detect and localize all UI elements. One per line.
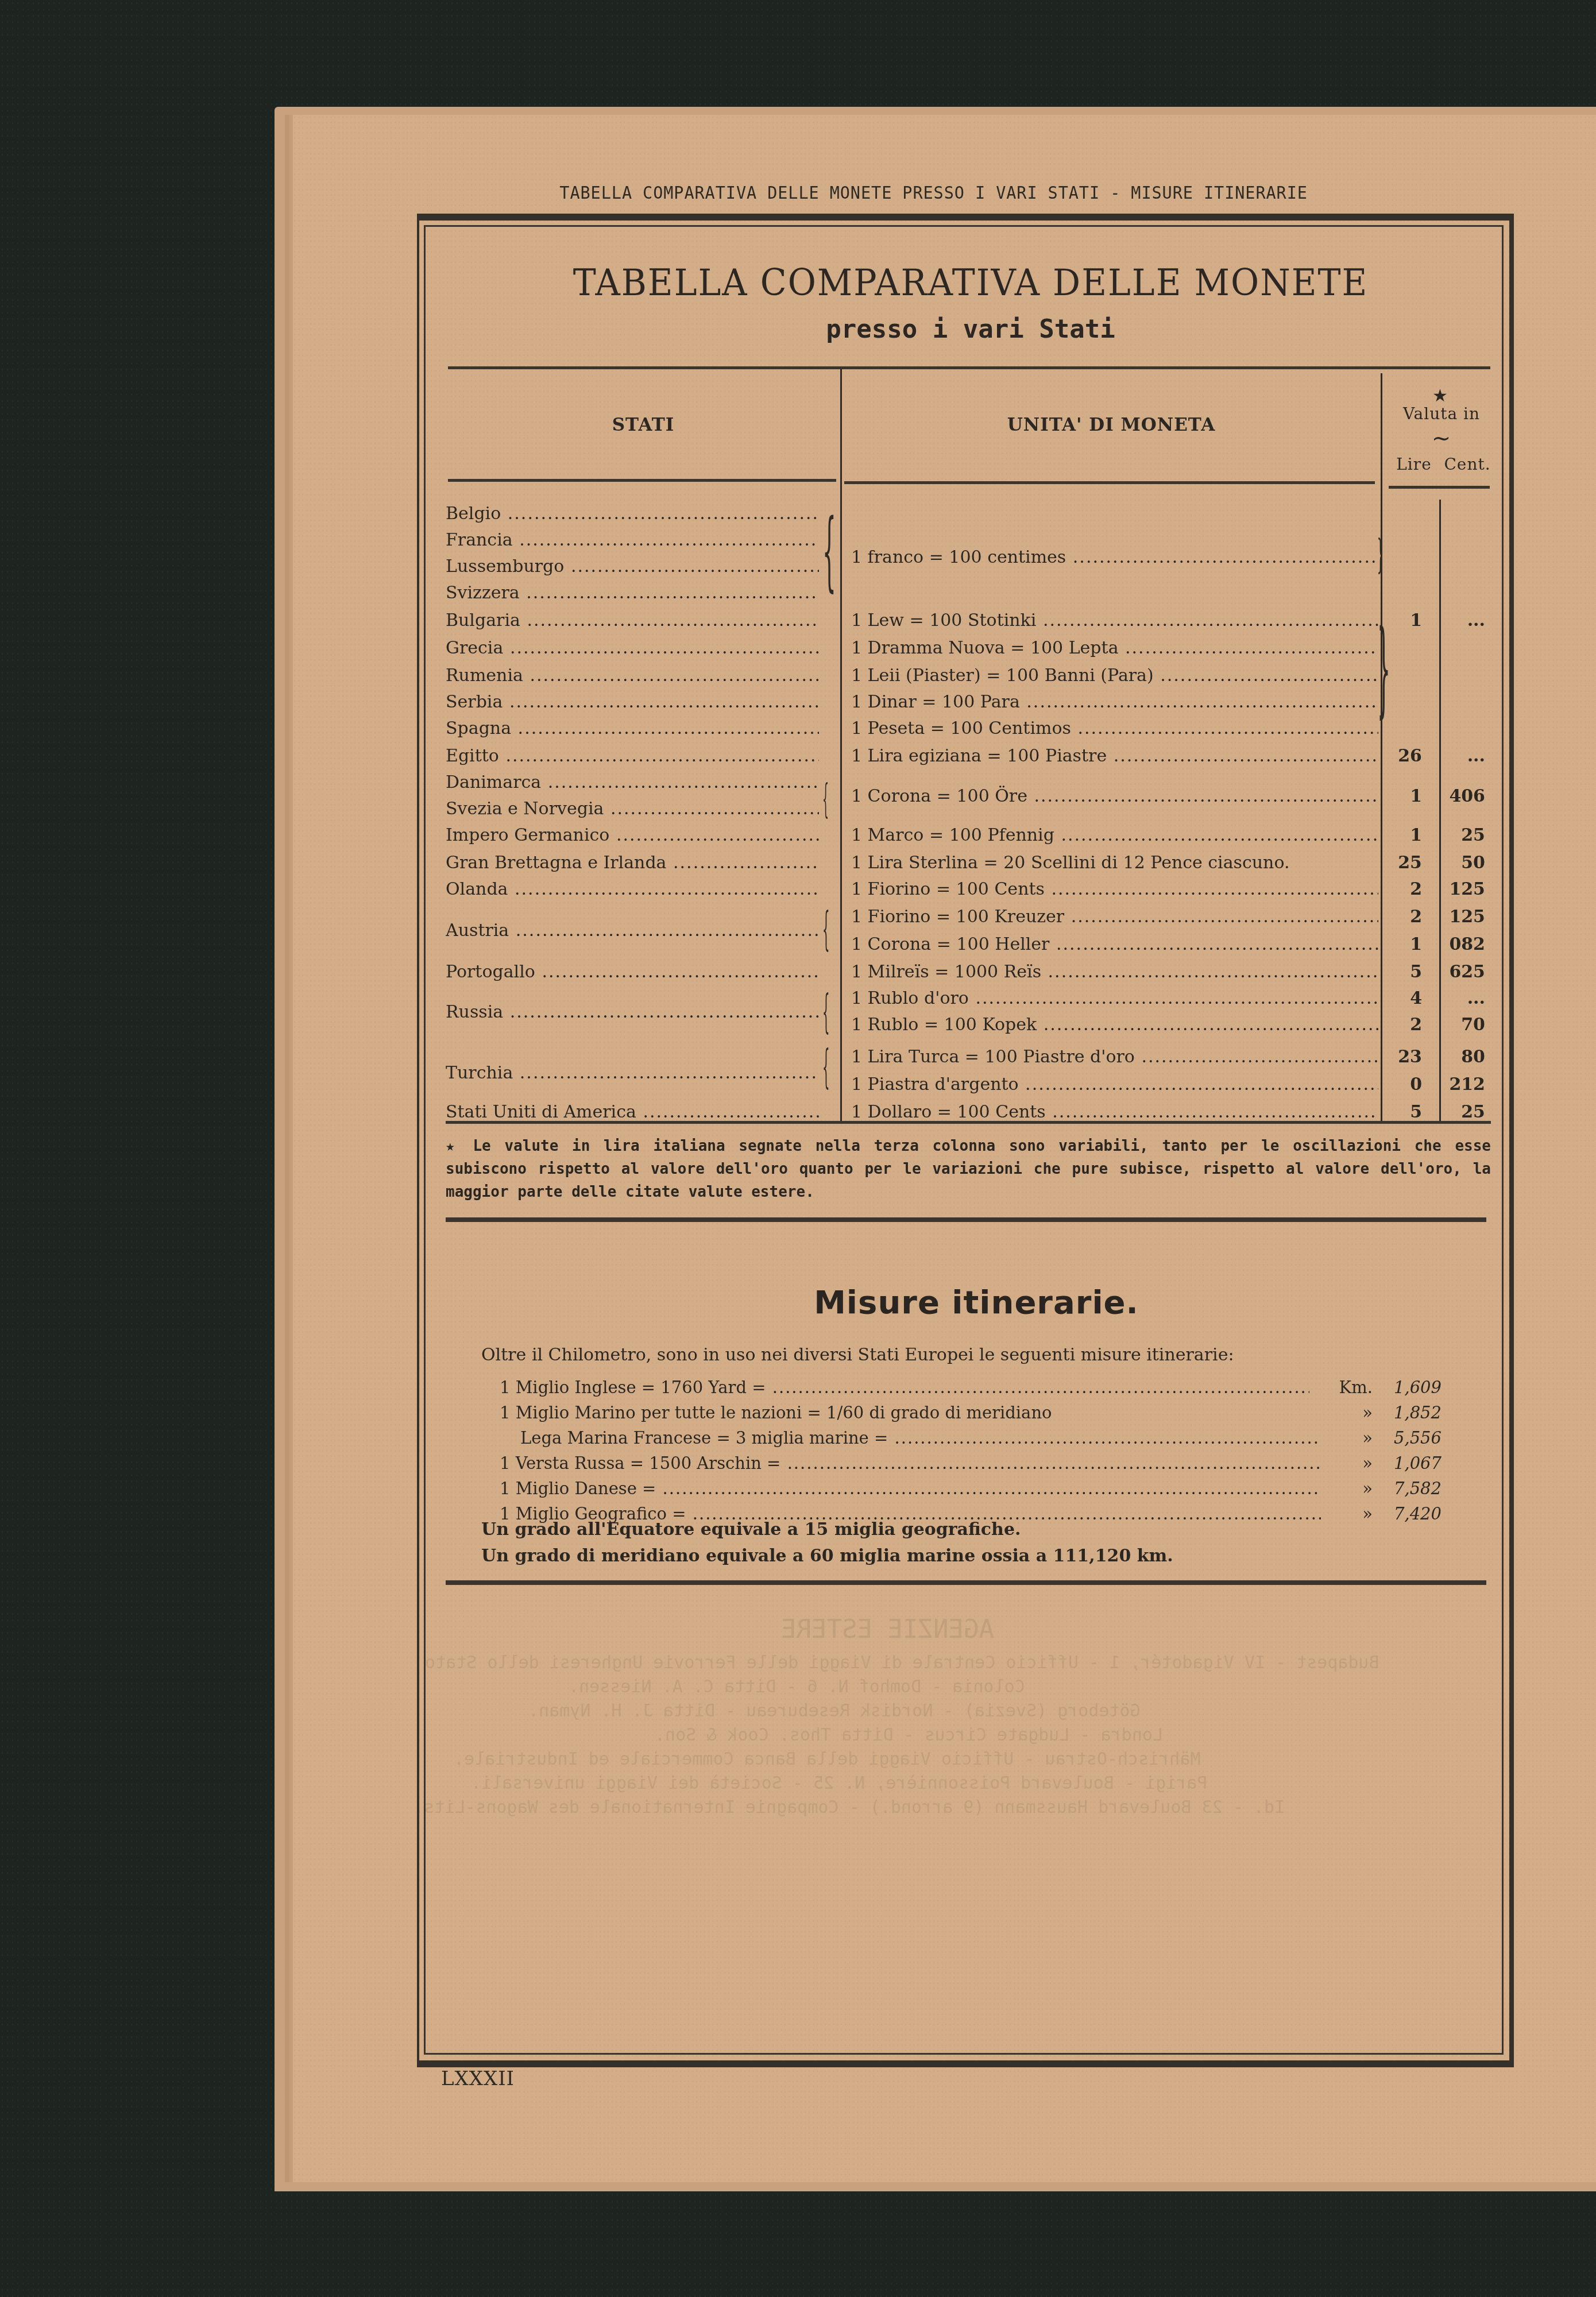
value-lire: 1 <box>1384 783 1422 810</box>
value-lire: 23 <box>1384 1044 1422 1070</box>
tilde-ornament-icon: ~ <box>1384 425 1499 451</box>
country-row: Spagna <box>446 716 819 742</box>
value-lire: 5 <box>1384 959 1422 985</box>
country-row: Turchia <box>446 1060 819 1086</box>
brace-icon: } <box>1377 620 1390 718</box>
unit-row: 1 Lira Turca = 100 Piastre d'oro <box>851 1044 1378 1070</box>
country-row: Austria <box>446 918 819 944</box>
unit-row: 1 Fiorino = 100 Kreuzer <box>851 904 1378 930</box>
country-row: Serbia <box>446 689 819 716</box>
value-cent: ... <box>1439 743 1485 769</box>
value-lire: 1 <box>1384 608 1422 634</box>
value-cent: 50 <box>1439 850 1485 876</box>
country-row: Svezia e Norvegia <box>446 796 819 822</box>
unit-row: 1 Peseta = 100 Centimos <box>851 716 1378 742</box>
misure-value: 1,609 <box>1378 1375 1442 1400</box>
section-divider-rule <box>446 1217 1486 1222</box>
misure-row: Lega Marina Francese = 3 miglia marine =… <box>520 1425 1453 1451</box>
misure-unit: Km. <box>1327 1375 1373 1400</box>
header-cent: Cent. <box>1442 455 1493 474</box>
value-cent: ... <box>1439 608 1485 634</box>
bleed-through-text: Parigi - Boulevard Poissonnière, N. 25 -… <box>471 1773 1207 1793</box>
misure-note: Un grado all'Equatore equivale a 15 migl… <box>481 1519 1021 1540</box>
brace-icon: } <box>1377 534 1384 574</box>
header-unit: UNITA' DI MONETA <box>844 415 1378 435</box>
unit-row: 1 Rublo d'oro <box>851 985 1378 1012</box>
value-cent: 25 <box>1439 822 1485 849</box>
country-row: Lussemburgo <box>446 554 819 580</box>
value-lire: 2 <box>1384 876 1422 903</box>
bleed-through-text: Göteborg (Svezia) - Nordisk Resebureau -… <box>528 1701 1141 1721</box>
misure-unit: » <box>1327 1501 1373 1526</box>
star-icon: ★ <box>1432 386 1448 406</box>
country-row: Portogallo <box>446 959 819 985</box>
brace-icon: { <box>822 511 836 591</box>
page-number: LXXXII <box>441 2067 515 2090</box>
column-divider-unit <box>1381 373 1382 1121</box>
misure-value: 5,556 <box>1378 1425 1442 1451</box>
unit-row: 1 Lew = 100 Stotinki <box>851 608 1378 634</box>
brace-icon: { <box>822 779 829 819</box>
misure-title: Misure itinerarie. <box>574 1284 1378 1321</box>
unit-row: 1 Piastra d'argento <box>851 1072 1378 1098</box>
bleed-through-text: Londra - Ludgate Circus - Ditta Thos. Co… <box>655 1725 1163 1745</box>
unit-row: 1 Lira egiziana = 100 Piastre <box>851 743 1378 769</box>
misure-value: 7,420 <box>1378 1501 1442 1526</box>
value-cent: 212 <box>1439 1072 1485 1098</box>
unit-row: 1 Fiorino = 100 Cents <box>851 876 1378 903</box>
running-head: TABELLA COMPARATIVA DELLE MONETE PRESSO … <box>495 183 1372 203</box>
unit-row: 1 Marco = 100 Pfennig <box>851 822 1378 849</box>
section-bottom-rule <box>446 1580 1486 1585</box>
unit-row: 1 Corona = 100 Öre <box>851 783 1378 810</box>
country-row: Stati Uniti di America <box>446 1099 819 1126</box>
header-lire: Lire <box>1390 455 1438 474</box>
column-divider-states <box>840 369 842 1121</box>
unit-row: 1 Leii (Piaster) = 100 Banni (Para) <box>851 663 1378 689</box>
unit-row: 1 Dinar = 100 Para <box>851 689 1378 716</box>
value-lire: 1 <box>1384 931 1422 958</box>
value-cent: ... <box>1439 985 1485 1012</box>
misure-value: 7,582 <box>1378 1476 1442 1501</box>
misure-value: 1,067 <box>1378 1451 1442 1476</box>
misure-row: 1 Miglio Inglese = 1760 Yard = Km. 1,609 <box>500 1375 1453 1400</box>
misure-label: 1 Miglio Inglese = 1760 Yard = <box>500 1375 1309 1400</box>
unit-row: 1 Corona = 100 Heller <box>851 931 1378 958</box>
misure-value: 1,852 <box>1378 1400 1442 1425</box>
misure-label: 1 Miglio Marino per tutte le nazioni = 1… <box>500 1400 1321 1425</box>
country-row: Rumenia <box>446 663 819 689</box>
bleed-through-text: AGENZIE ESTERE <box>781 1615 994 1644</box>
table-footnote: ★ Le valute in lira italiana segnate nel… <box>446 1135 1491 1204</box>
bleed-through-text: Budapest - IV Vigadotér, 1 - Ufficio Cen… <box>425 1653 1379 1673</box>
misure-row: 1 Miglio Marino per tutte le nazioni = 1… <box>500 1400 1453 1425</box>
misure-unit: » <box>1327 1476 1373 1501</box>
unit-row: 1 Lira Sterlina = 20 Scellini di 12 Penc… <box>851 850 1378 876</box>
bleed-through-text: Mährisch-Ostrau - Ufficio Viaggi della B… <box>454 1749 1200 1769</box>
country-row: Francia <box>446 527 819 554</box>
country-row: Bulgaria <box>446 608 819 634</box>
unit-row: 1 Milreïs = 1000 Reïs <box>851 959 1378 985</box>
header-top-rule <box>448 366 1490 369</box>
value-lire: 0 <box>1384 1072 1422 1098</box>
brace-icon: { <box>822 906 830 952</box>
misure-unit: » <box>1327 1451 1373 1476</box>
country-row: Gran Brettagna e Irlanda <box>446 850 819 876</box>
misure-label: 1 Miglio Danese = <box>500 1476 1321 1501</box>
misure-label: 1 Versta Russa = 1500 Arschin = <box>500 1451 1321 1476</box>
value-lire: 2 <box>1384 1012 1422 1038</box>
brace-icon: { <box>822 989 830 1035</box>
value-cent: 406 <box>1439 783 1485 810</box>
header-bottom-rule-value <box>1389 486 1490 489</box>
header-states: STATI <box>448 415 838 435</box>
country-row: Russia <box>446 999 819 1026</box>
value-cent: 082 <box>1439 931 1485 958</box>
value-cent: 125 <box>1439 876 1485 903</box>
country-row: Olanda <box>446 876 819 903</box>
value-lire: 4 <box>1384 985 1422 1012</box>
unit-row: 1 franco = 100 centimes <box>851 544 1378 571</box>
unit-row: 1 Dollaro = 100 Cents <box>851 1099 1378 1126</box>
bleed-through-text: Id. - 23 Boulevard Haussmann (9 arrond.)… <box>414 1797 1285 1818</box>
misure-intro: Oltre il Chilometro, sono in uso nei div… <box>481 1345 1458 1365</box>
misure-unit: » <box>1327 1425 1373 1451</box>
country-row: Danimarca <box>446 769 819 796</box>
value-lire: 2 <box>1384 904 1422 930</box>
brace-icon: { <box>822 1044 830 1090</box>
value-lire: 5 <box>1384 1099 1422 1126</box>
value-lire: 25 <box>1384 850 1422 876</box>
value-cent: 625 <box>1439 959 1485 985</box>
value-cent: 125 <box>1439 904 1485 930</box>
value-cent: 70 <box>1439 1012 1485 1038</box>
value-lire: 26 <box>1384 743 1422 769</box>
misure-label: Lega Marina Francese = 3 miglia marine = <box>520 1425 1321 1451</box>
country-row: Egitto <box>446 743 819 769</box>
country-row: Grecia <box>446 635 819 662</box>
misure-unit: » <box>1327 1400 1373 1425</box>
table-title: TABELLA COMPARATIVA DELLE MONETE <box>551 262 1390 304</box>
header-bottom-rule-unit <box>844 481 1375 484</box>
country-row: Svizzera <box>446 580 819 606</box>
header-bottom-rule-states <box>448 479 836 482</box>
country-row: Impero Germanico <box>446 822 819 849</box>
value-cent: 25 <box>1439 1099 1485 1126</box>
misure-row: 1 Versta Russa = 1500 Arschin = » 1,067 <box>500 1451 1453 1476</box>
misure-row: 1 Miglio Danese = » 7,582 <box>500 1476 1453 1501</box>
unit-row: 1 Dramma Nuova = 100 Lepta <box>851 635 1378 662</box>
header-value: Valuta in <box>1384 404 1499 423</box>
value-lire: 1 <box>1384 822 1422 849</box>
bleed-through-text: Colonia - Domhof N. 6 - Ditta C. A. Nies… <box>569 1677 1025 1697</box>
unit-row: 1 Rublo = 100 Kopek <box>851 1012 1378 1038</box>
misure-note: Un grado di meridiano equivale a 60 migl… <box>481 1546 1173 1566</box>
country-row: Belgio <box>446 501 819 527</box>
value-cent: 80 <box>1439 1044 1485 1070</box>
table-subtitle: presso i vari Stati <box>551 315 1390 344</box>
